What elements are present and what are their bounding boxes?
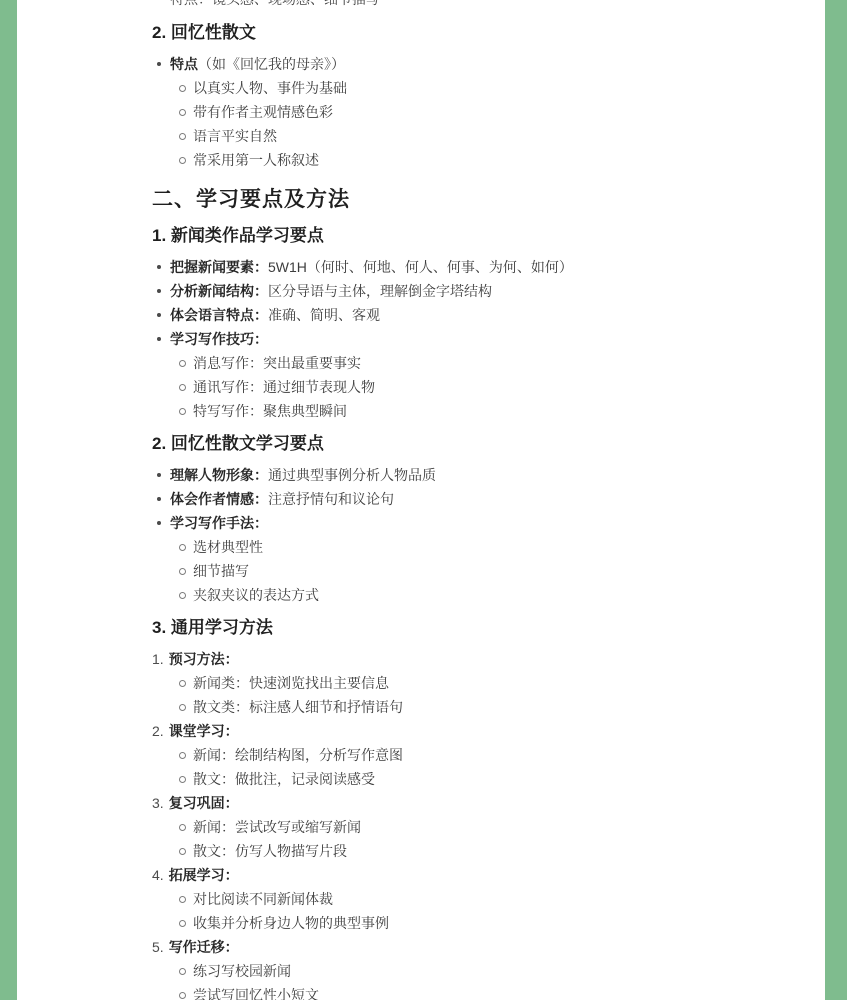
bullet-dot-icon	[157, 521, 161, 525]
bullet-circle-icon	[179, 968, 186, 975]
bullet-dot-icon	[157, 313, 161, 317]
sub-list-item-text: 语言平实自然	[193, 128, 277, 144]
list-item: 学习写作手法：	[152, 515, 785, 532]
subsection-heading: 1. 新闻类作品学习要点	[152, 227, 785, 245]
list-item: 特点（如《回忆我的母亲》）	[152, 56, 785, 73]
ordered-list-item: 5.写作迁移：	[152, 939, 785, 956]
list-item-label: 特点	[170, 56, 198, 72]
sub-list-item-text: 以真实人物、事件为基础	[193, 80, 347, 96]
sub-list-item-text: 带有作者主观情感色彩	[193, 104, 333, 120]
list-item-label: 学习写作技巧：	[170, 331, 268, 347]
bullet-circle-icon	[179, 157, 186, 164]
sub-list-item-text: 散文：做批注，记录阅读感受	[193, 771, 375, 787]
bullet-circle-icon	[179, 824, 186, 831]
list-item-label: 理解人物形象：	[170, 467, 268, 483]
list-item: 体会作者情感：注意抒情句和议论句	[152, 491, 785, 508]
bullet-circle-icon	[179, 896, 186, 903]
sub-list-item-text: 选材典型性	[193, 539, 263, 555]
list-item-label: 学习写作手法：	[170, 515, 268, 531]
sub-list-item-text: 通讯写作：通过细节表现人物	[193, 379, 375, 395]
bullet-circle-icon	[179, 408, 186, 415]
sub-list-item: 常采用第一人称叙述	[152, 152, 785, 169]
sub-list-item-text: 细节描写	[193, 563, 249, 579]
subsection-heading: 3. 通用学习方法	[152, 619, 785, 637]
bullet-circle-icon	[179, 776, 186, 783]
sub-list-item: 尝试写回忆性小短文	[152, 987, 785, 1000]
sub-list-item: 练习写校园新闻	[152, 963, 785, 980]
sub-list-item-text: 散文：仿写人物描写片段	[193, 843, 347, 859]
ordered-list-item: 3.复习巩固：	[152, 795, 785, 812]
list-item-label: 把握新闻要素：	[170, 259, 268, 275]
list-item: 分析新闻结构：区分导语与主体，理解倒金字塔结构	[152, 283, 785, 300]
ordered-item-number: 4.	[152, 867, 164, 883]
sub-list-item-text: 收集并分析身边人物的典型事例	[193, 915, 389, 931]
subsection-heading: 2. 回忆性散文学习要点	[152, 435, 785, 453]
bullet-circle-icon	[179, 680, 186, 687]
bullet-dot-icon	[157, 62, 161, 66]
list-item-text: 准确、简明、客观	[268, 307, 380, 323]
sub-list-item-text: 对比阅读不同新闻体裁	[193, 891, 333, 907]
bullet-dot-icon	[157, 265, 161, 269]
bullet-circle-icon	[179, 544, 186, 551]
subsection-heading: 2. 回忆性散文	[152, 24, 785, 42]
bullet-circle-icon	[179, 85, 186, 92]
list-item: 体会语言特点：准确、简明、客观	[152, 307, 785, 324]
sub-list-item-text: 尝试写回忆性小短文	[193, 987, 319, 1000]
sub-list-item-text: 新闻：尝试改写或缩写新闻	[193, 819, 361, 835]
list-item-label: 体会语言特点：	[170, 307, 268, 323]
sub-list-item: 语言平实自然	[152, 128, 785, 145]
sub-list-item: 散文：做批注，记录阅读感受	[152, 771, 785, 788]
bullet-circle-icon	[179, 568, 186, 575]
sub-list-item: 新闻：尝试改写或缩写新闻	[152, 819, 785, 836]
clipped-text-line: 特点：镜头感、现场感、细节描写	[152, 0, 785, 8]
list-item-label: 分析新闻结构：	[170, 283, 268, 299]
page-background: 特点：镜头感、现场感、细节描写 2. 回忆性散文 特点（如《回忆我的母亲》） 以…	[0, 0, 847, 1000]
ordered-item-label: 写作迁移：	[169, 939, 239, 955]
list-item-text: （如《回忆我的母亲》）	[198, 56, 345, 72]
sub-list-item: 新闻类：快速浏览找出主要信息	[152, 675, 785, 692]
sub-list-item: 特写写作：聚焦典型瞬间	[152, 403, 785, 420]
bullet-circle-icon	[179, 384, 186, 391]
sub-list-item: 散文类：标注感人细节和抒情语句	[152, 699, 785, 716]
bullet-circle-icon	[179, 133, 186, 140]
document-content: 特点：镜头感、现场感、细节描写 2. 回忆性散文 特点（如《回忆我的母亲》） 以…	[17, 0, 825, 1000]
list-item-label: 体会作者情感：	[170, 491, 268, 507]
list-item-text: 通过典型事例分析人物品质	[268, 467, 436, 483]
list-item-text: 5W1H（何时、何地、何人、何事、为何、如何）	[268, 259, 573, 275]
list-item-text: 注意抒情句和议论句	[268, 491, 394, 507]
bullet-circle-icon	[179, 704, 186, 711]
sub-list-item-text: 特写写作：聚焦典型瞬间	[193, 403, 347, 419]
sub-list-item-text: 夹叙夹议的表达方式	[193, 587, 319, 603]
sub-list-item: 以真实人物、事件为基础	[152, 80, 785, 97]
sub-list-item: 通讯写作：通过细节表现人物	[152, 379, 785, 396]
ordered-item-label: 课堂学习：	[169, 723, 239, 739]
bullet-circle-icon	[179, 360, 186, 367]
ordered-item-number: 3.	[152, 795, 164, 811]
sub-list-item: 消息写作：突出最重要事实	[152, 355, 785, 372]
bullet-circle-icon	[179, 992, 186, 999]
sub-list-item: 选材典型性	[152, 539, 785, 556]
list-item: 理解人物形象：通过典型事例分析人物品质	[152, 467, 785, 484]
section-heading: 二、学习要点及方法	[152, 188, 785, 212]
bullet-dot-icon	[157, 497, 161, 501]
ordered-item-label: 复习巩固：	[169, 795, 239, 811]
bullet-circle-icon	[179, 109, 186, 116]
ordered-item-label: 预习方法：	[169, 651, 239, 667]
list-item: 学习写作技巧：	[152, 331, 785, 348]
sub-list-item: 新闻：绘制结构图，分析写作意图	[152, 747, 785, 764]
ordered-list-item: 4.拓展学习：	[152, 867, 785, 884]
bullet-circle-icon	[179, 752, 186, 759]
ordered-item-number: 2.	[152, 723, 164, 739]
ordered-item-number: 5.	[152, 939, 164, 955]
ordered-list-item: 1.预习方法：	[152, 651, 785, 668]
list-item-text: 区分导语与主体，理解倒金字塔结构	[268, 283, 492, 299]
sub-list-item: 带有作者主观情感色彩	[152, 104, 785, 121]
sub-list-item: 收集并分析身边人物的典型事例	[152, 915, 785, 932]
sub-list-item-text: 消息写作：突出最重要事实	[193, 355, 361, 371]
sub-list-item-text: 散文类：标注感人细节和抒情语句	[193, 699, 403, 715]
sub-list-item-text: 新闻类：快速浏览找出主要信息	[193, 675, 389, 691]
sub-list-item: 散文：仿写人物描写片段	[152, 843, 785, 860]
bullet-dot-icon	[157, 289, 161, 293]
sub-list-item: 细节描写	[152, 563, 785, 580]
sub-list-item: 夹叙夹议的表达方式	[152, 587, 785, 604]
sub-list-item-text: 练习写校园新闻	[193, 963, 291, 979]
bullet-circle-icon	[179, 920, 186, 927]
ordered-item-label: 拓展学习：	[169, 867, 239, 883]
sub-list-item-text: 常采用第一人称叙述	[193, 152, 319, 168]
document-paper: 特点：镜头感、现场感、细节描写 2. 回忆性散文 特点（如《回忆我的母亲》） 以…	[17, 0, 825, 1000]
list-item: 把握新闻要素：5W1H（何时、何地、何人、何事、为何、如何）	[152, 259, 785, 276]
bullet-dot-icon	[157, 337, 161, 341]
bullet-circle-icon	[179, 592, 186, 599]
ordered-list-item: 2.课堂学习：	[152, 723, 785, 740]
bullet-circle-icon	[179, 848, 186, 855]
ordered-item-number: 1.	[152, 651, 164, 667]
sub-list-item-text: 新闻：绘制结构图，分析写作意图	[193, 747, 403, 763]
bullet-dot-icon	[157, 473, 161, 477]
sub-list-item: 对比阅读不同新闻体裁	[152, 891, 785, 908]
